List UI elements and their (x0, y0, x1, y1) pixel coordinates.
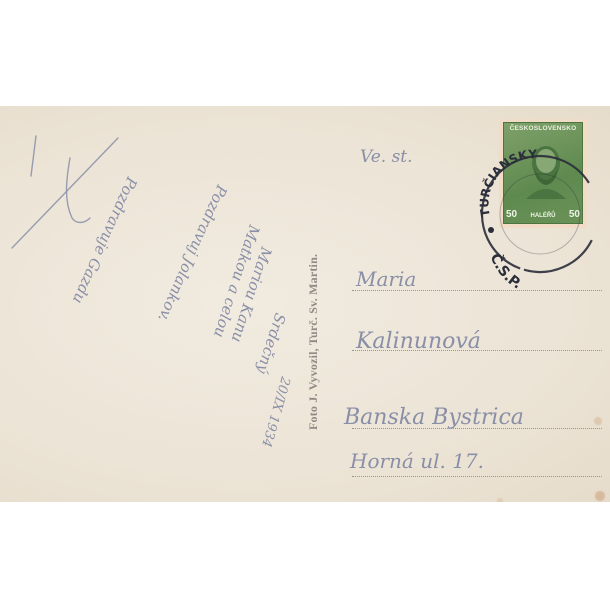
svg-text:Č.S.P.: Č.S.P. (487, 251, 524, 293)
postmark: TURČIANSKY Č.S.P. (0, 106, 610, 502)
postcard-back: Pozdravuje Gazdu Pozdravuj Jolankov. Mat… (0, 106, 610, 502)
svg-text:TURČIANSKY: TURČIANSKY (477, 147, 537, 218)
postmark-bottom-text: Č.S.P. (487, 251, 524, 293)
postmark-top-text: TURČIANSKY (477, 147, 537, 218)
